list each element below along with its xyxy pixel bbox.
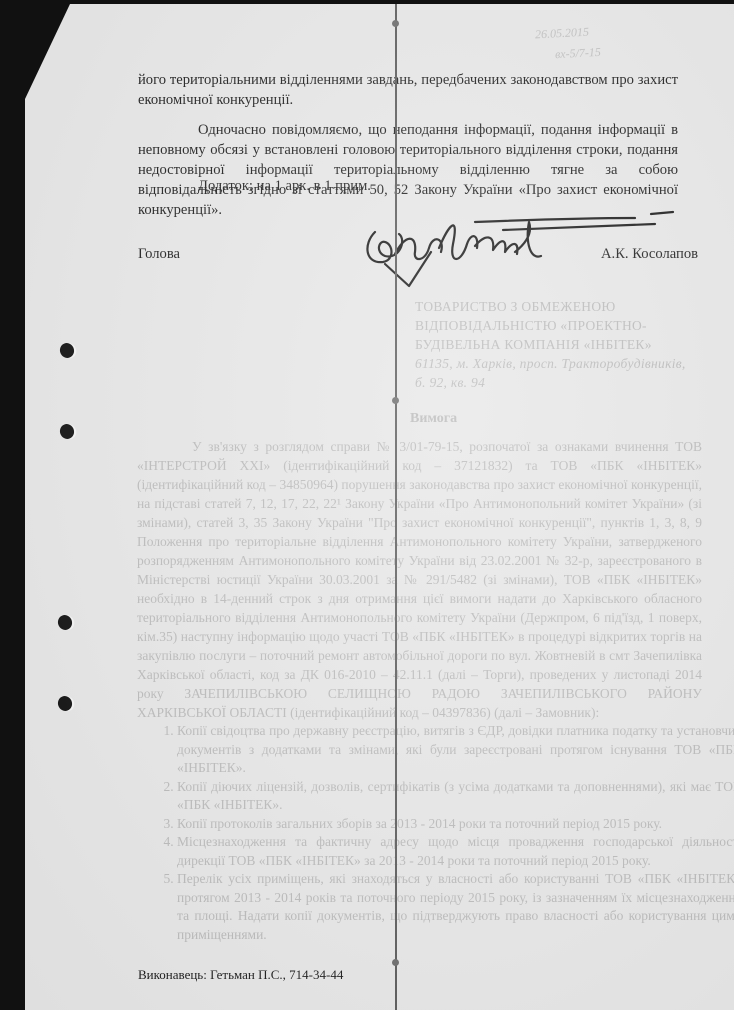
fold-line xyxy=(395,4,397,1010)
bleed-address-line: 61135, м. Харків, просп. Тракторобудівни… xyxy=(415,354,715,373)
punch-hole-icon xyxy=(58,341,76,360)
bleed-list-item: Копії свідоцтва про державну реєстрацію,… xyxy=(177,722,734,778)
executor-contact: Виконавець: Гетьман П.С., 714-34-44 xyxy=(138,965,343,985)
handwritten-date-note: 26.05.2015 xyxy=(535,25,590,43)
bleed-list-item: Перелік усіх приміщень, які знаходяться … xyxy=(177,870,734,944)
paragraph-continuation: його територіальними відділеннями завдан… xyxy=(138,70,678,110)
bleed-list-item: Копії діючих ліцензій, дозволів, сертифі… xyxy=(177,778,734,815)
bleed-demand-body: У зв'язку з розглядом справи № 3/01-79-1… xyxy=(137,437,702,722)
bleed-addressee-line: ВІДПОВІДАЛЬНІСТЮ «ПРОЕКТНО- xyxy=(415,316,715,335)
punch-hole-icon xyxy=(56,694,74,713)
bleed-demand-list: Копії свідоцтва про державну реєстрацію,… xyxy=(137,722,734,944)
handwritten-registration-note: вх-5/7-15 xyxy=(555,45,602,62)
fold-mark xyxy=(392,959,399,966)
attachment-note: Додаток: на 1 арк. в 1 прим. xyxy=(198,176,371,196)
bleed-addressee-line: БУДІВЕЛЬНА КОМПАНІЯ «ІНБІТЕК» xyxy=(415,335,715,354)
punch-hole-icon xyxy=(56,613,74,632)
bleed-demand-title: Вимога xyxy=(410,409,457,428)
bleed-list-item: Копії протоколів загальних зборів за 201… xyxy=(177,815,734,834)
signatory-name: А.К. Косолапов xyxy=(601,244,698,264)
bleed-addressee-line: ТОВАРИСТВО З ОБМЕЖЕНОЮ xyxy=(415,297,715,316)
bleed-addressee-block: ТОВАРИСТВО З ОБМЕЖЕНОЮ ВІДПОВІДАЛЬНІСТЮ … xyxy=(415,297,715,392)
fold-mark xyxy=(392,20,399,27)
bleed-list-item: Місцезнаходження та фактичну адресу щодо… xyxy=(177,833,734,870)
punch-hole-icon xyxy=(58,422,76,441)
document-page: 26.05.2015 вх-5/7-15 ТОВАРИСТВО З ОБМЕЖЕ… xyxy=(25,4,734,1010)
signatory-title: Голова xyxy=(138,244,180,264)
bleed-address-line: б. 92, кв. 94 xyxy=(415,373,715,392)
fold-mark xyxy=(392,397,399,404)
